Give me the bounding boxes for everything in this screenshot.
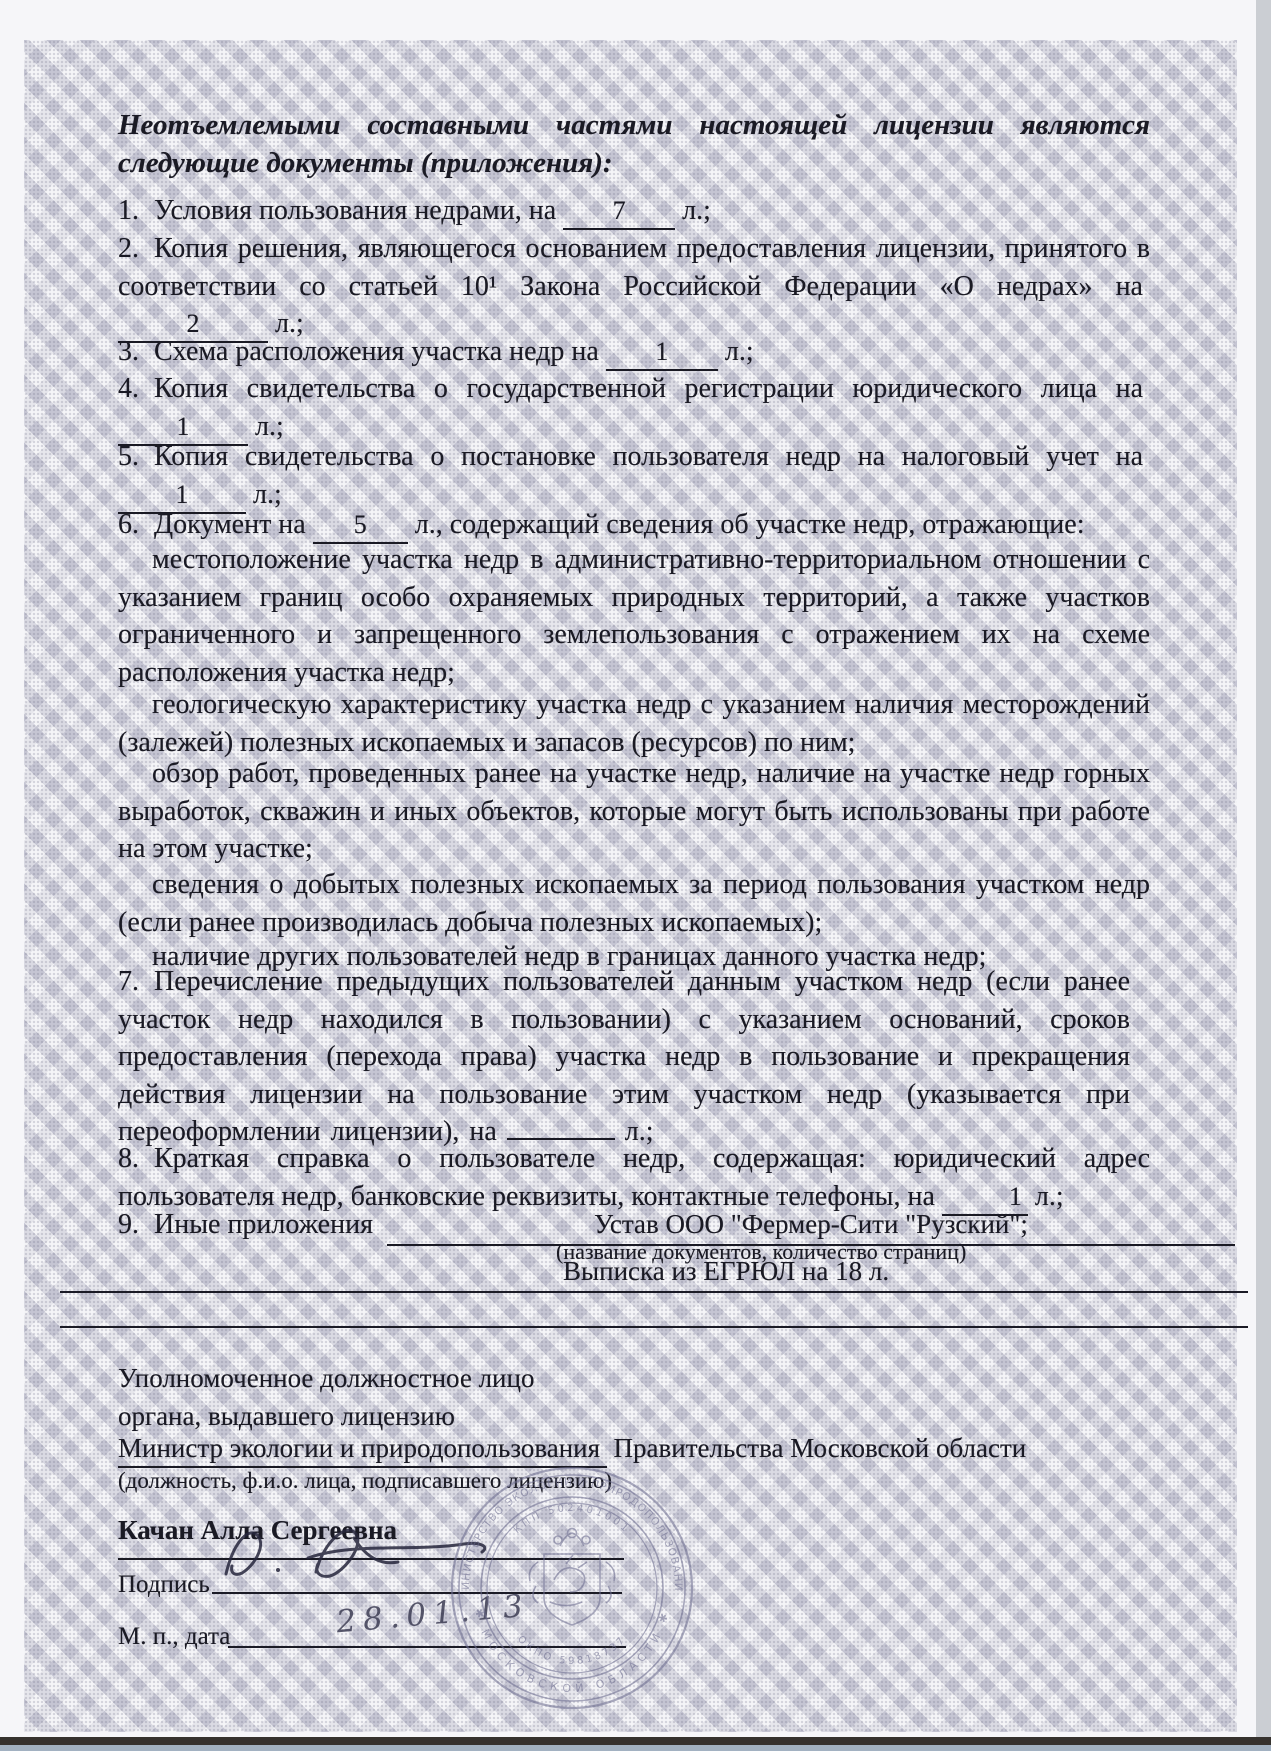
scanner-bottom-strip — [0, 1745, 1271, 1751]
sheet-count-value: 1 — [655, 337, 668, 366]
item-number: 2. — [118, 233, 139, 264]
svg-text:МИНИСТЕРСТВО ЭКОЛОГИИ И ПРИРОД: МИНИСТЕРСТВО ЭКОЛОГИИ И ПРИРОДОПОЛЬЗОВАН… — [448, 1464, 684, 1592]
horizontal-rule-2 — [60, 1326, 1248, 1328]
item-number: 3. — [118, 336, 139, 367]
svg-text:✱ МОСКОВСКОЙ ОБЛАСТИ ✱: ✱ МОСКОВСКОЙ ОБЛАСТИ ✱ — [472, 1607, 672, 1695]
position-rest: Правительства Московской области — [614, 1433, 1027, 1463]
svg-text:ОКПО 59818737: ОКПО 59818737 — [515, 1634, 629, 1667]
scanner-bottom-shadow — [0, 1737, 1271, 1745]
item-text: л.; — [725, 336, 754, 367]
item-6-subitem: сведения о добытых полезных ископаемых з… — [118, 866, 1150, 941]
item-text: Условия пользования недрами, на — [154, 195, 556, 226]
sheet-count-value: 5 — [354, 510, 367, 539]
list-item-4: 4.Копия свидетельства о государственной … — [118, 370, 1150, 446]
scanned-license-page: Неотъемлемыми составными частями настоящ… — [0, 0, 1271, 1751]
item-number: 9. — [118, 1209, 139, 1240]
item-number: 7. — [118, 966, 139, 997]
item-number: 5. — [118, 441, 139, 472]
item-text: Копия свидетельства о государственной ре… — [154, 373, 1143, 404]
item-text: л.; — [255, 411, 284, 442]
item-text: Копия свидетельства о постановке пользов… — [154, 441, 1143, 472]
appendix-entry-1: Устав ООО "Фермер-Сити "Рузский"; — [594, 1209, 1028, 1239]
item-6-subitem: местоположение участка недр в администра… — [118, 541, 1150, 691]
stamp-outer-bottom-text: ✱ МОСКОВСКОЙ ОБЛАСТИ ✱ — [472, 1607, 672, 1695]
item-text: Схема расположения участка недр на — [154, 336, 599, 367]
list-item-2: 2.Копия решения, являющегося основанием … — [118, 230, 1150, 343]
item-number: 8. — [118, 1143, 139, 1174]
position-underlined-part: Министр экологии и природопользования — [118, 1433, 600, 1468]
stamp-inner-bottom-text: ОКПО 59818737 — [515, 1634, 629, 1667]
item-text: л.; — [682, 195, 711, 226]
horizontal-rule-1 — [60, 1291, 1248, 1293]
sheet-count-value: 7 — [613, 196, 626, 225]
sheet-count-value: 1 — [176, 480, 189, 509]
official-line-1: Уполномоченное должностное лицо — [118, 1360, 534, 1398]
list-item-1: 1.Условия пользования недрами, на 7 л.; — [118, 192, 1150, 230]
stamp-outer-top-text: МИНИСТЕРСТВО ЭКОЛОГИИ И ПРИРОДОПОЛЬЗОВАН… — [448, 1464, 684, 1592]
signature-label: Подпись — [118, 1566, 210, 1604]
item-text: Копия решения, являющегося основанием пр… — [118, 233, 1150, 302]
sheet-count-blank: 5 — [313, 510, 408, 544]
document-heading: Неотъемлемыми составными частями настоящ… — [118, 106, 1150, 182]
appendix-entry-2: Выписка из ЕГРЮЛ на 18 л. — [563, 1253, 889, 1291]
coat-of-arms-icon — [529, 1529, 614, 1626]
item-6-subitem: обзор работ, проведенных ранее на участк… — [118, 755, 1150, 868]
official-position: Министр экологии и природопользования Пр… — [118, 1430, 1026, 1468]
list-item-5: 5.Копия свидетельства о постановке польз… — [118, 438, 1150, 514]
sheet-count-blank: 1 — [606, 337, 718, 371]
list-item-3: 3.Схема расположения участка недр на 1 л… — [118, 333, 1150, 371]
item-number: 6. — [118, 509, 139, 540]
item-text: л., содержащий сведения об участке недр,… — [415, 509, 1085, 540]
item-number: 4. — [118, 373, 139, 404]
sheet-count-value: 1 — [177, 412, 190, 441]
item-text: л.; — [253, 479, 282, 510]
list-item-6: 6.Документ на 5 л., содержащий сведения … — [118, 506, 1150, 544]
seal-date-label: М. п., дата — [118, 1618, 230, 1656]
item-label: Иные приложения — [154, 1209, 373, 1240]
ministry-round-stamp-icon: МИНИСТЕРСТВО ЭКОЛОГИИ И ПРИРОДОПОЛЬЗОВАН… — [448, 1464, 696, 1712]
scanner-right-edge — [1256, 0, 1271, 1751]
item-number: 1. — [118, 195, 139, 226]
list-item-8: 8.Краткая справка о пользователе недр, с… — [118, 1140, 1150, 1216]
sheet-count-blank: 7 — [563, 196, 675, 230]
item-text: Документ на — [154, 509, 306, 540]
item-6-subitem: геологическую характеристику участка нед… — [118, 686, 1150, 761]
list-item-7: 7.Перечисление предыдущих пользователей … — [118, 963, 1130, 1151]
